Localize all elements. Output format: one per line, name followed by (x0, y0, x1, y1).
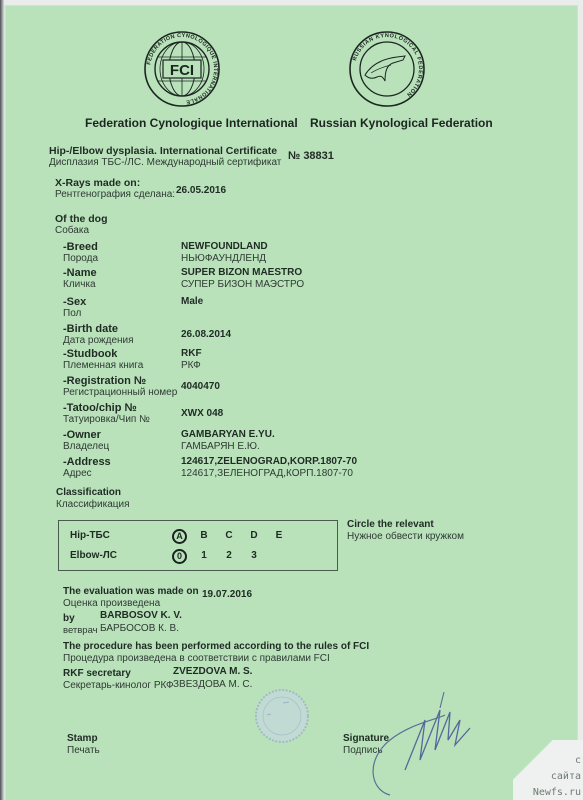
field-label-en: -Breed (63, 241, 98, 253)
fci-org-name: Federation Cynologique International (85, 116, 298, 130)
circle-note-en: Circle the relevant (347, 519, 434, 530)
field-value-ru: НЬЮФАУНДЛЕНД (181, 253, 266, 264)
dog-section-label-en: Of the dog (55, 213, 108, 225)
vet-name-en: BARBOSOV K. V. (100, 610, 182, 621)
evaluation-date: 19.07.2016 (202, 589, 252, 600)
rkf-logo-icon: RUSSIAN KYNOLOGICAL FEDERATION (347, 29, 427, 109)
hip-grade-d: D (247, 529, 261, 543)
field-label-ru: Адрес (63, 468, 92, 479)
certificate-title-ru: Дисплазия ТБС-/ЛС. Международный сертифи… (49, 157, 281, 168)
certificate-title-en: Hip-/Elbow dysplasia. International Cert… (49, 145, 277, 157)
fci-logo-icon: FCI FEDERATION CYNOLOGIQUE INTERNATIONAL… (142, 29, 222, 109)
field-label-en: -Sex (63, 296, 86, 308)
watermark-line-2: сайта (551, 771, 581, 782)
hip-label: Hip-ТБС (70, 530, 110, 541)
vet-name-ru: БАРБОСОВ К. В. (100, 623, 179, 634)
field-value-en: 124617,ZELENOGRAD,KORP.1807-70 (181, 456, 357, 467)
field-value-en: XWX 048 (181, 408, 223, 419)
field-value-ru: ГАМБАРЯН Е.Ю. (181, 441, 260, 452)
secretary-name-en: ZVEZDOVA M. S. (173, 666, 252, 677)
field-label-en: -Name (63, 267, 97, 279)
field-label-ru: Племенная книга (63, 360, 143, 371)
hip-grade-b: B (197, 529, 211, 543)
procedure-text-ru: Процедура произведена в соответствии с п… (63, 653, 330, 664)
circle-note-ru: Нужное обвести кружком (347, 531, 464, 542)
field-label-ru: Пол (63, 308, 81, 319)
svg-text:FCI: FCI (170, 62, 194, 79)
field-value-ru: РКФ (181, 360, 201, 371)
watermark-line-3: Newfs.ru (533, 787, 581, 798)
field-label-ru: Кличка (63, 279, 96, 290)
xray-label-en: X-Rays made on: (55, 177, 140, 189)
secretary-label-ru: Секретарь-кинолог РКФ (63, 680, 174, 691)
classification-label-ru: Классификация (56, 499, 130, 510)
elbow-label: Elbow-ЛС (70, 550, 117, 561)
elbow-grade-1: 1 (197, 549, 211, 563)
field-value-en: NEWFOUNDLAND (181, 241, 268, 252)
field-label-en: -Address (63, 456, 111, 468)
stamp-label-ru: Печать (67, 745, 100, 756)
field-label-ru: Регистрационный номер (63, 387, 177, 398)
watermark-line-1: с (575, 755, 581, 766)
rkf-org-name: Russian Kynological Federation (310, 116, 493, 130)
secretary-label-en: RKF secretary (63, 668, 131, 679)
elbow-row: Elbow-ЛС 0123 (59, 550, 337, 564)
field-value-en: SUPER BIZON MAESTRO (181, 267, 302, 278)
hip-grade-c: C (222, 529, 236, 543)
stamp-label-en: Stamp (67, 733, 98, 744)
xray-label-ru: Рентгенография сделана: (55, 189, 175, 200)
field-label-en: -Registration № (63, 375, 146, 387)
secretary-name-ru: ЗВЕЗДОВА М. С. (173, 679, 252, 690)
certificate-number: № 38831 (288, 150, 334, 162)
field-label-ru: Владелец (63, 441, 109, 452)
evaluation-label-ru: Оценка произведена (63, 598, 160, 609)
field-value-en: 26.08.2014 (181, 329, 231, 340)
elbow-grade-2: 2 (222, 549, 236, 563)
xray-date: 26.05.2016 (176, 185, 226, 196)
evaluation-label-en: The evaluation was made on (63, 586, 199, 597)
field-value-ru: 124617,ЗЕЛЕНОГРАД,КОРП.1807-70 (181, 468, 353, 479)
field-label-ru: Татуировка/Чип № (63, 414, 150, 425)
dog-section-label-ru: Собака (55, 225, 89, 236)
elbow-grade-3: 3 (247, 549, 261, 563)
certificate-page: FCI FEDERATION CYNOLOGIQUE INTERNATIONAL… (4, 5, 578, 800)
hip-grade-a: A (172, 529, 187, 544)
field-label-en: -Studbook (63, 348, 117, 360)
field-label-en: -Birth date (63, 323, 118, 335)
hip-row: Hip-ТБС ABCDE (59, 530, 337, 544)
field-label-en: -Owner (63, 429, 101, 441)
vet-label-en: by (63, 613, 75, 624)
classification-label-en: Classification (56, 487, 121, 498)
watermark-corner: с сайта Newfs.ru (513, 740, 583, 800)
field-value-ru: СУПЕР БИЗОН МАЭСТРО (181, 279, 304, 290)
stamp-seal-icon (253, 687, 311, 745)
field-label-ru: Дата рождения (63, 335, 134, 346)
elbow-grade-0: 0 (172, 549, 187, 564)
field-label-en: -Tatoo/chip № (63, 402, 137, 414)
field-value-en: GAMBARYAN E.YU. (181, 429, 275, 440)
hip-grade-e: E (272, 529, 286, 543)
field-value-en: RKF (181, 348, 202, 359)
field-value-en: 4040470 (181, 381, 220, 392)
procedure-text-en: The procedure has been performed accordi… (63, 641, 369, 652)
signature-scribble-icon (350, 690, 490, 800)
field-value-en: Male (181, 296, 203, 307)
classification-box: Hip-ТБС ABCDE Elbow-ЛС 0123 (58, 520, 338, 571)
field-label-ru: Порода (63, 253, 98, 264)
vet-label-ru: ветврач (63, 625, 98, 636)
